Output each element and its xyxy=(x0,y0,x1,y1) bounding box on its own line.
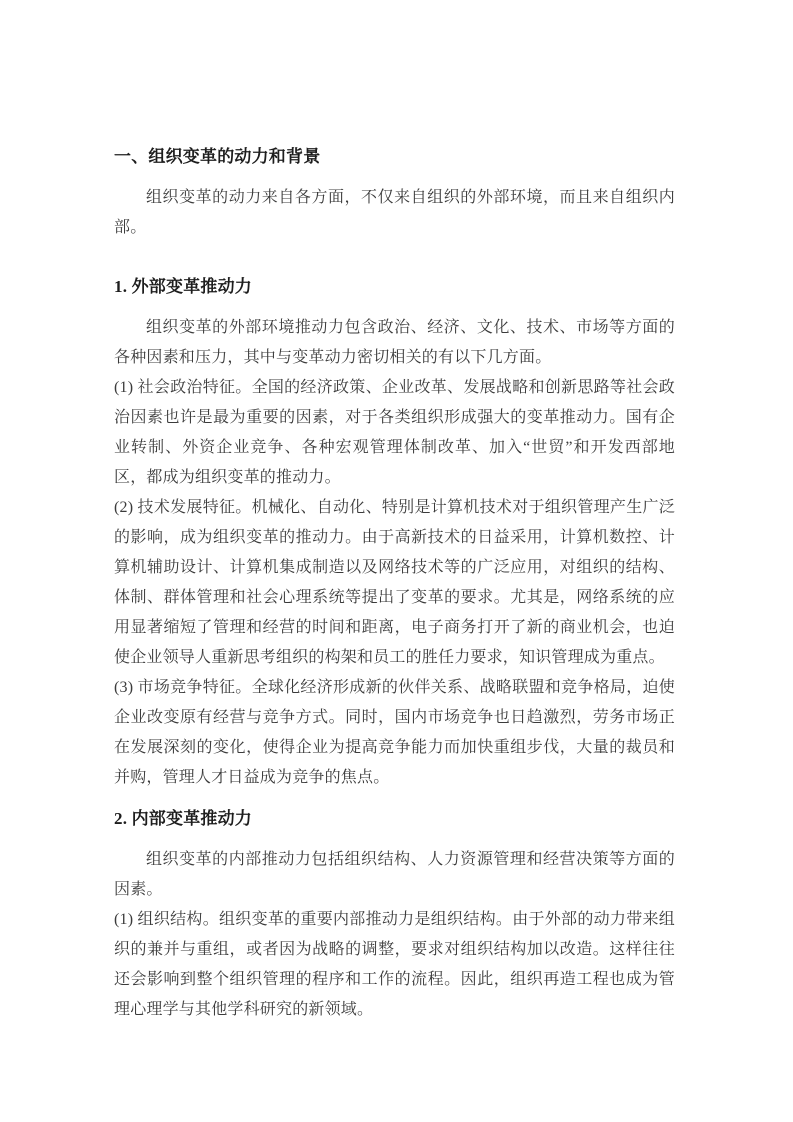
section-1-paragraph-social-political: (1) 社会政治特征。全国的经济政策、企业改革、发展战略和创新思路等社会政治因素… xyxy=(114,373,675,493)
section-1-paragraph-market-competition: (3) 市场竞争特征。全球化经济形成新的伙伴关系、战略联盟和竞争格局，迫使企业改… xyxy=(114,673,675,793)
section-2-paragraph-intro: 组织变革的内部推动力包括组织结构、人力资源管理和经营决策等方面的因素。 xyxy=(114,845,675,905)
section-2-paragraph-org-structure: (1) 组织结构。组织变革的重要内部推动力是组织结构。由于外部的动力带来组织的兼… xyxy=(114,905,675,1025)
section-1-paragraph-intro: 组织变革的外部环境推动力包含政治、经济、文化、技术、市场等方面的各种因素和压力，… xyxy=(114,313,675,373)
section-1-paragraph-technology: (2) 技术发展特征。机械化、自动化、特别是计算机技术对于组织管理产生广泛的影响… xyxy=(114,493,675,673)
section-1-heading: 1. 外部变革推动力 xyxy=(114,275,675,299)
intro-paragraph: 组织变革的动力来自各方面，不仅来自组织的外部环境，而且来自组织内部。 xyxy=(114,183,675,243)
document-title: 一、组织变革的动力和背景 xyxy=(114,145,675,169)
section-2-heading: 2. 内部变革推动力 xyxy=(114,807,675,831)
document-page: 一、组织变革的动力和背景 组织变革的动力来自各方面，不仅来自组织的外部环境，而且… xyxy=(114,145,675,1025)
